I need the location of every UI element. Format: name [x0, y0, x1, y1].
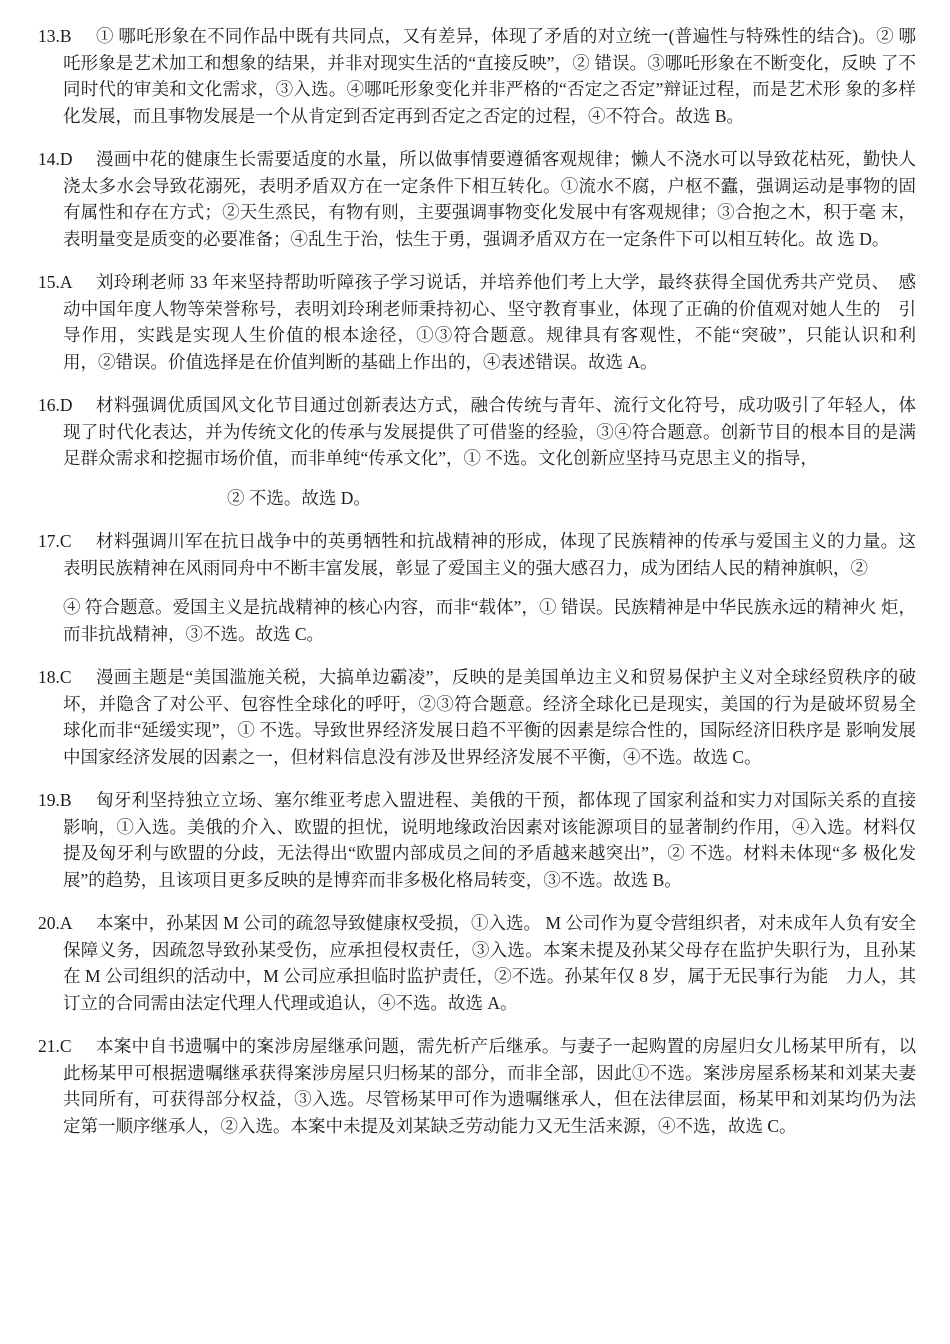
answer-item: 20.A 本案中，孙某因 M 公司的疏忽导致健康权受损，①入选。 M 公司作为夏…	[38, 910, 916, 1016]
answer-item-number: 15.A	[38, 269, 73, 296]
answer-item-number: 20.A	[38, 910, 73, 937]
answer-item: 14.D 漫画中花的健康生长需要适度的水量，所以做事情要遵循客观规律；懒人不浇水…	[38, 146, 916, 252]
answer-paragraph: ④ 符合题意。爱国主义是抗战精神的核心内容，而非“载体”，① 错误。民族精神是中…	[63, 594, 916, 647]
answer-paragraph: 匈牙利坚持独立立场、塞尔维亚考虑入盟进程、美俄的干预，都体现了国家利益和实力对国…	[63, 787, 916, 893]
answer-paragraph: 本案中自书遗嘱中的案涉房屋继承问题，需先析产后继承。与妻子一起购置的房屋归女儿杨…	[63, 1033, 916, 1139]
answer-item: 17.C 材料强调川军在抗日战争中的英勇牺牲和抗战精神的形成，体现了民族精神的传…	[38, 528, 916, 647]
answer-paragraph: 本案中，孙某因 M 公司的疏忽导致健康权受损，①入选。 M 公司作为夏令营组织者…	[63, 910, 916, 1016]
answer-item-body: 漫画主题是“美国滥施关税，大搞单边霸凌”，反映的是美国单边主义和贸易保护主义对全…	[63, 664, 916, 770]
answer-item: 18.C 漫画主题是“美国滥施关税，大搞单边霸凌”，反映的是美国单边主义和贸易保…	[38, 664, 916, 770]
answer-item-number: 16.D	[38, 392, 73, 419]
answer-item-body: 材料强调优质国风文化节目通过创新表达方式，融合传统与青年、流行文化符号，成功吸引…	[63, 392, 916, 511]
answer-item: 21.C 本案中自书遗嘱中的案涉房屋继承问题，需先析产后继承。与妻子一起购置的房…	[38, 1033, 916, 1139]
answer-item-number: 14.D	[38, 146, 73, 173]
document-page: 13.B ① 哪吒形象在不同作品中既有共同点，又有差异，体现了矛盾的对立统一(普…	[0, 0, 950, 1344]
answer-item: 13.B ① 哪吒形象在不同作品中既有共同点，又有差异，体现了矛盾的对立统一(普…	[38, 23, 916, 129]
answer-paragraph: 材料强调川军在抗日战争中的英勇牺牲和抗战精神的形成，体现了民族精神的传承与爱国主…	[63, 528, 916, 581]
answer-item-body: 本案中，孙某因 M 公司的疏忽导致健康权受损，①入选。 M 公司作为夏令营组织者…	[63, 910, 916, 1016]
answer-list: 13.B ① 哪吒形象在不同作品中既有共同点，又有差异，体现了矛盾的对立统一(普…	[38, 23, 916, 1139]
answer-paragraph: ② 不选。故选 D。	[227, 485, 916, 512]
answer-item: 19.B 匈牙利坚持独立立场、塞尔维亚考虑入盟进程、美俄的干预，都体现了国家利益…	[38, 787, 916, 893]
answer-item-number: 17.C	[38, 528, 72, 555]
answer-item-number: 18.C	[38, 664, 72, 691]
answer-item-body: 匈牙利坚持独立立场、塞尔维亚考虑入盟进程、美俄的干预，都体现了国家利益和实力对国…	[63, 787, 916, 893]
answer-paragraph: ① 哪吒形象在不同作品中既有共同点，又有差异，体现了矛盾的对立统一(普遍性与特殊…	[63, 23, 916, 129]
answer-paragraph: 漫画中花的健康生长需要适度的水量，所以做事情要遵循客观规律；懒人不浇水可以导致花…	[63, 146, 916, 252]
answer-paragraph: 漫画主题是“美国滥施关税，大搞单边霸凌”，反映的是美国单边主义和贸易保护主义对全…	[63, 664, 916, 770]
answer-item: 15.A 刘玲琍老师 33 年来坚持帮助听障孩子学习说话，并培养他们考上大学，最…	[38, 269, 916, 375]
answer-item-number: 19.B	[38, 787, 72, 814]
answer-item: 16.D 材料强调优质国风文化节目通过创新表达方式，融合传统与青年、流行文化符号…	[38, 392, 916, 511]
answer-paragraph: 刘玲琍老师 33 年来坚持帮助听障孩子学习说话，并培养他们考上大学，最终获得全国…	[63, 269, 916, 375]
answer-item-body: 漫画中花的健康生长需要适度的水量，所以做事情要遵循客观规律；懒人不浇水可以导致花…	[63, 146, 916, 252]
answer-item-body: 本案中自书遗嘱中的案涉房屋继承问题，需先析产后继承。与妻子一起购置的房屋归女儿杨…	[63, 1033, 916, 1139]
answer-paragraph: 材料强调优质国风文化节目通过创新表达方式，融合传统与青年、流行文化符号，成功吸引…	[63, 392, 916, 472]
answer-item-number: 21.C	[38, 1033, 72, 1060]
answer-item-number: 13.B	[38, 23, 72, 50]
answer-item-body: 材料强调川军在抗日战争中的英勇牺牲和抗战精神的形成，体现了民族精神的传承与爱国主…	[63, 528, 916, 647]
answer-item-body: 刘玲琍老师 33 年来坚持帮助听障孩子学习说话，并培养他们考上大学，最终获得全国…	[63, 269, 916, 375]
answer-item-body: ① 哪吒形象在不同作品中既有共同点，又有差异，体现了矛盾的对立统一(普遍性与特殊…	[63, 23, 916, 129]
